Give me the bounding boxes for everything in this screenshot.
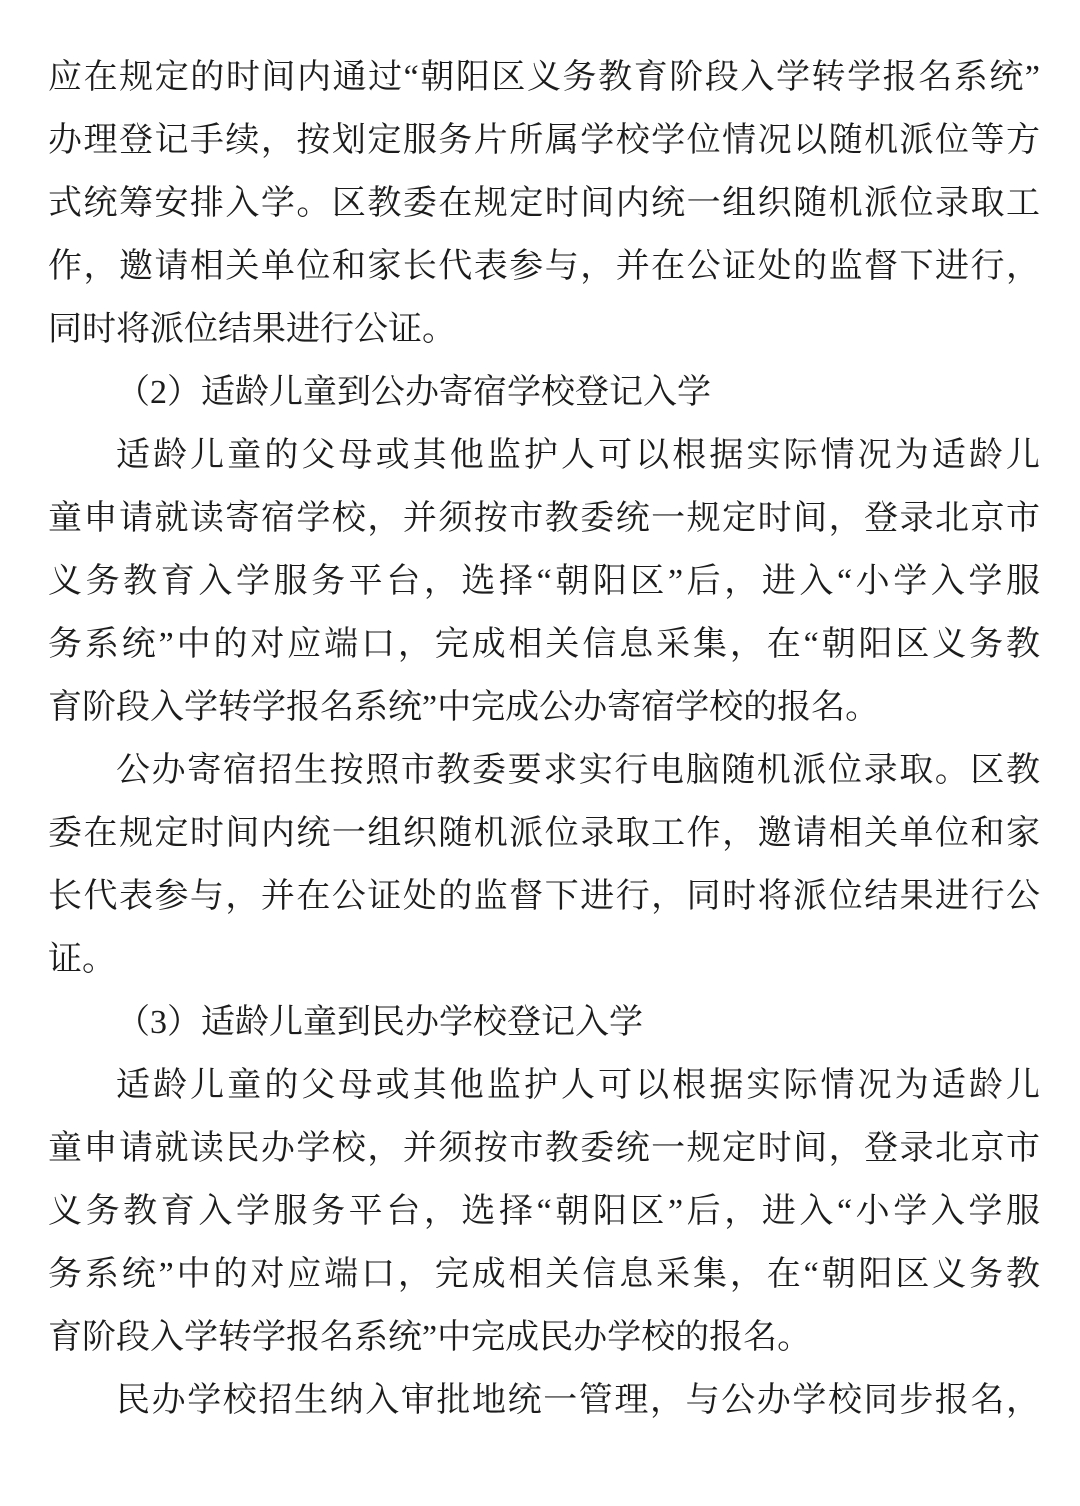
- text-line: 办理登记手续，按划定服务片所属学校学位情况以随机派位等方: [48, 109, 1040, 172]
- text-line: 适龄儿童的父母或其他监护人可以根据实际情况为适龄儿: [48, 424, 1040, 487]
- text-line: 作，邀请相关单位和家长代表参与，并在公证处的监督下进行，: [48, 235, 1040, 298]
- text-line: 义务教育入学服务平台，选择“朝阳区”后，进入“小学入学服: [48, 550, 1040, 613]
- text-line: 童申请就读寄宿学校，并须按市教委统一规定时间，登录北京市: [48, 487, 1040, 550]
- text-line: 式统筹安排入学。区教委在规定时间内统一组织随机派位录取工: [48, 172, 1040, 235]
- text-line: 长代表参与，并在公证处的监督下进行，同时将派位结果进行公: [48, 865, 1040, 928]
- text-line: 义务教育入学服务平台，选择“朝阳区”后，进入“小学入学服: [48, 1180, 1040, 1243]
- text-line: 应在规定的时间内通过“朝阳区义务教育阶段入学转学报名系统”: [48, 46, 1040, 109]
- text-line: 育阶段入学转学报名系统”中完成公办寄宿学校的报名。: [48, 676, 1040, 739]
- text-line: 公办寄宿招生按照市教委要求实行电脑随机派位录取。区教: [48, 739, 1040, 802]
- document-page: 应在规定的时间内通过“朝阳区义务教育阶段入学转学报名系统” 办理登记手续，按划定…: [0, 0, 1080, 1506]
- text-line: 务系统”中的对应端口，完成相关信息采集，在“朝阳区义务教: [48, 613, 1040, 676]
- text-line: 育阶段入学转学报名系统”中完成民办学校的报名。: [48, 1306, 1040, 1369]
- text-line: 民办学校招生纳入审批地统一管理，与公办学校同步报名，: [48, 1369, 1040, 1432]
- section-heading-2: （2）适龄儿童到公办寄宿学校登记入学: [48, 361, 1040, 424]
- text-line: 童申请就读民办学校，并须按市教委统一规定时间，登录北京市: [48, 1117, 1040, 1180]
- section-heading-3: （3）适龄儿童到民办学校登记入学: [48, 991, 1040, 1054]
- text-line: 证。: [48, 928, 1040, 991]
- text-line: 务系统”中的对应端口，完成相关信息采集，在“朝阳区义务教: [48, 1243, 1040, 1306]
- text-line: 适龄儿童的父母或其他监护人可以根据实际情况为适龄儿: [48, 1054, 1040, 1117]
- text-line: 委在规定时间内统一组织随机派位录取工作，邀请相关单位和家: [48, 802, 1040, 865]
- text-line: 同时将派位结果进行公证。: [48, 298, 1040, 361]
- document-text-block: 应在规定的时间内通过“朝阳区义务教育阶段入学转学报名系统” 办理登记手续，按划定…: [48, 46, 1040, 1432]
